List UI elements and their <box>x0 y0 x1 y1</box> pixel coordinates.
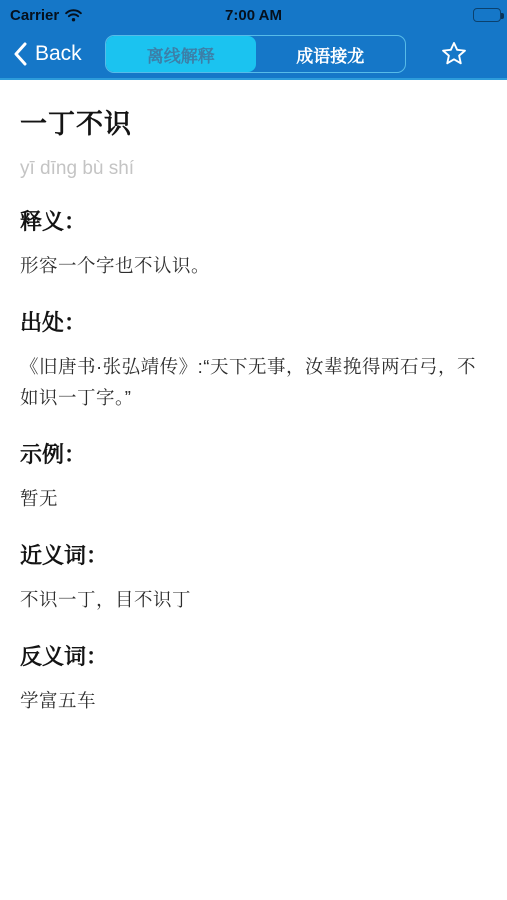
section-source-text: 《旧唐书·张弘靖传》:“天下无事，汝辈挽得两石弓，不如识一丁字。” <box>20 351 487 413</box>
section-synonyms-text: 不识一丁，目不识丁 <box>20 584 487 615</box>
wifi-icon <box>65 9 82 22</box>
section-source-label: 出处： <box>20 306 487 337</box>
content-scroll[interactable]: 一丁不识 yī dīng bù shí 释义： 形容一个字也不认识。 出处： 《… <box>0 82 507 900</box>
back-button-label: Back <box>35 42 82 66</box>
section-definition-label: 释义： <box>20 205 487 236</box>
battery-nub <box>501 13 504 19</box>
section-example-text: 暂无 <box>20 483 487 514</box>
section-antonyms-text: 学富五车 <box>20 685 487 716</box>
section-example-label: 示例： <box>20 438 487 469</box>
idiom-pinyin: yī dīng bù shí <box>20 158 487 180</box>
nav-bar: Back 离线解释 成语接龙 <box>0 30 507 80</box>
favorite-star-button[interactable] <box>439 39 469 69</box>
back-button[interactable]: Back <box>13 30 82 78</box>
section-definition-text: 形容一个字也不认识。 <box>20 250 487 281</box>
carrier-label: Carrier <box>10 7 59 24</box>
star-outline-icon <box>440 40 468 68</box>
carrier-indicator: Carrier <box>10 0 82 30</box>
section-antonyms-label: 反义词： <box>20 640 487 671</box>
status-time: 7:00 AM <box>225 0 282 30</box>
tab-offline-definition[interactable]: 离线解释 <box>106 36 256 72</box>
idiom-title: 一丁不识 <box>20 102 487 141</box>
chevron-left-icon <box>13 42 27 66</box>
status-bar: Carrier 7:00 AM <box>0 0 507 30</box>
section-synonyms-label: 近义词： <box>20 539 487 570</box>
battery-full-icon <box>473 8 501 22</box>
segmented-control: 离线解释 成语接龙 <box>105 35 406 73</box>
tab-idiom-chain[interactable]: 成语接龙 <box>256 36 406 72</box>
